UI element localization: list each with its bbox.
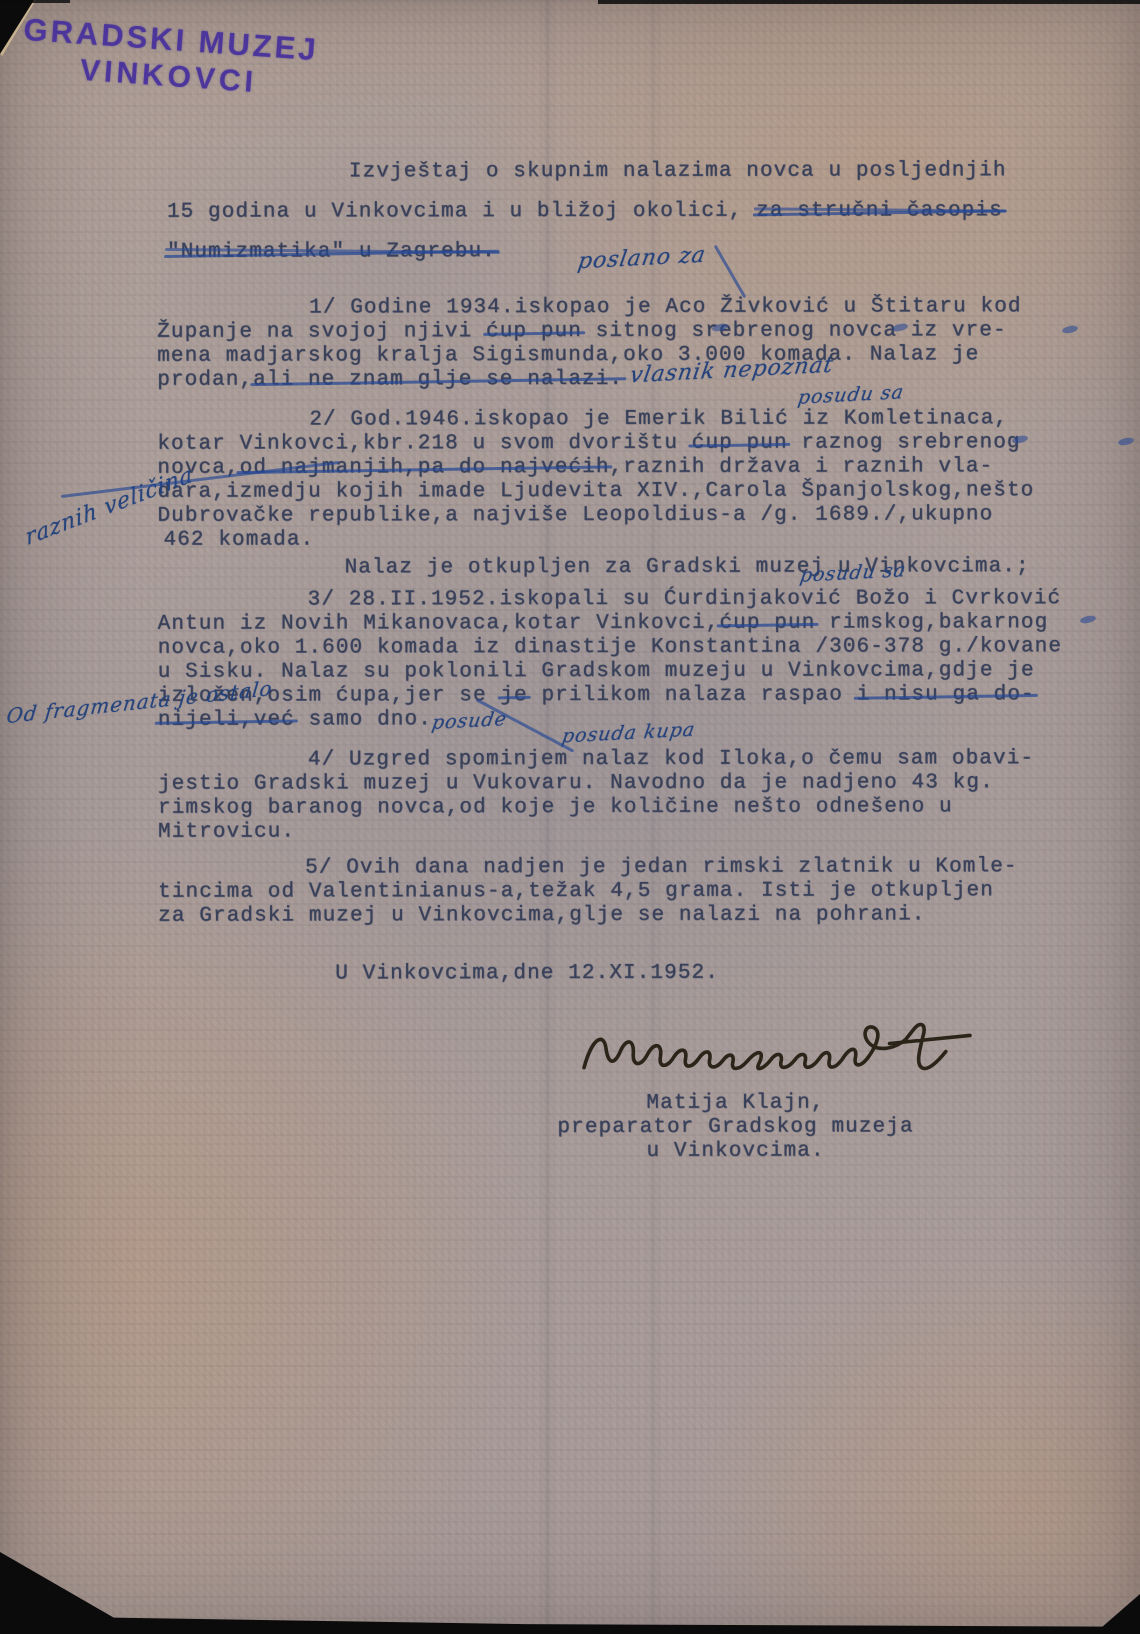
title-line: 15 godina u Vinkovcima i u bližoj okolic… bbox=[167, 199, 1003, 224]
typed-text: raznog srebrenog bbox=[788, 431, 1021, 454]
typed-line: za Gradski muzej u Vinkovcima,glje se na… bbox=[158, 903, 925, 928]
title-line: Izvještaj o skupnim nalazima novca u pos… bbox=[349, 159, 1007, 184]
typed-text: ,raznih država i raznih vla- bbox=[610, 455, 994, 479]
typed-line: novca,oko 1.600 komada iz dinastije Kons… bbox=[158, 635, 1062, 661]
typed-line: 5/ Ovih dana nadjen je jedan rimski zlat… bbox=[305, 855, 1018, 880]
signoff-block: Matija Klajn, preparator Gradskog muzeja… bbox=[520, 1091, 950, 1164]
scanned-document: GRADSKI MUZEJ VINKOVCI Izvještaj o skupn… bbox=[0, 0, 1140, 1634]
typed-line: izložen,osim ćupa,jer se je prilikom nal… bbox=[158, 683, 1035, 709]
typed-line: jestio Gradski muzej u Vukovaru. Navodno… bbox=[158, 771, 994, 796]
typed-text: samo dno. bbox=[295, 708, 432, 731]
struck-text: ćup pun bbox=[486, 320, 582, 343]
typed-text: prilikom nalaza raspao bbox=[528, 683, 857, 707]
typed-text: sitnog srebrenog novca iz vre- bbox=[582, 319, 1007, 343]
scan-edge-top bbox=[0, 0, 70, 3]
signer-place: u Vinkovcima. bbox=[521, 1139, 951, 1164]
typed-text: Županje na svojoj njivi bbox=[157, 320, 486, 344]
typed-line: dara,izmedju kojih imade Ljudevita XIV.,… bbox=[157, 479, 1034, 505]
typed-line: prodan,ali ne znam glje se nalazi. bbox=[157, 368, 623, 393]
typed-line: Županje na svojoj njivi ćup pun sitnog s… bbox=[157, 319, 1007, 344]
typed-text: prodan, bbox=[157, 369, 253, 392]
typed-line: 3/ 28.II.1952.iskopali su Ćurdinjaković … bbox=[308, 587, 1062, 612]
typed-line: Nalaz je otkupljen za Gradski muzej u Vi… bbox=[345, 555, 1030, 580]
typed-line: Dubrovačke republike,a najviše Leopoldiu… bbox=[157, 503, 993, 528]
signer-role: preparator Gradskog muzeja bbox=[521, 1115, 951, 1140]
typed-text: rimskog,bakarnog bbox=[815, 611, 1048, 634]
struck-text: i nisu ga do- bbox=[857, 683, 1035, 706]
typed-line: kotar Vinkovci,kbr.218 u svom dvorištu ć… bbox=[157, 431, 1020, 457]
typed-line: mena madjarskog kralja Sigismunda,oko 3.… bbox=[157, 343, 979, 368]
typed-line: Antun iz Novih Mikanovaca,kotar Vinkovci… bbox=[158, 611, 1049, 637]
struck-text: nijeli,već bbox=[158, 708, 295, 731]
typed-line: rimskog baranog novca,od koje je količin… bbox=[158, 795, 953, 820]
struck-text: ćup pun bbox=[692, 432, 788, 455]
typed-line: Mitrovicu. bbox=[158, 820, 295, 844]
typed-text: Antun iz Novih Mikanovaca,kotar Vinkovci… bbox=[158, 612, 720, 636]
struck-text: ali ne znam glje se nalazi. bbox=[253, 368, 623, 392]
scan-edge-top bbox=[598, 0, 1140, 4]
typed-line: 1/ Godine 1934.iskopao je Aco Živković u… bbox=[309, 295, 1022, 320]
typed-line: 462 komada. bbox=[163, 528, 314, 552]
struck-text: za stručni časopis bbox=[756, 199, 1003, 222]
date-line: U Vinkovcima,dne 12.XI.1952. bbox=[335, 962, 719, 987]
typed-line: u Sisku. Nalaz su poklonili Gradskom muz… bbox=[158, 659, 1035, 685]
typed-line: nijeli,već samo dno. bbox=[158, 708, 432, 732]
typed-line: tincima od Valentinianus-a,težak 4,5 gra… bbox=[158, 879, 994, 904]
typed-line: 2/ God.1946.iskopao je Emerik Bilić iz K… bbox=[309, 407, 1008, 432]
typed-line: 4/ Uzgred spominjem nalaz kod Iloka,o če… bbox=[308, 747, 1034, 772]
typed-text-layer: Izvještaj o skupnim nalazima novca u pos… bbox=[0, 0, 1140, 1634]
struck-text: ćup pun bbox=[719, 612, 815, 635]
struck-text: je bbox=[500, 684, 527, 707]
typed-text: kotar Vinkovci,kbr.218 u svom dvorištu bbox=[157, 432, 691, 456]
struck-text: "Numizmatika" u Zagrebu. bbox=[167, 240, 496, 264]
signature bbox=[570, 1000, 982, 1088]
typed-text: 15 godina u Vinkovcima i u bližoj okolic… bbox=[167, 200, 756, 224]
signer-name: Matija Klajn, bbox=[520, 1091, 950, 1116]
title-line: "Numizmatika" u Zagrebu. bbox=[167, 240, 496, 265]
